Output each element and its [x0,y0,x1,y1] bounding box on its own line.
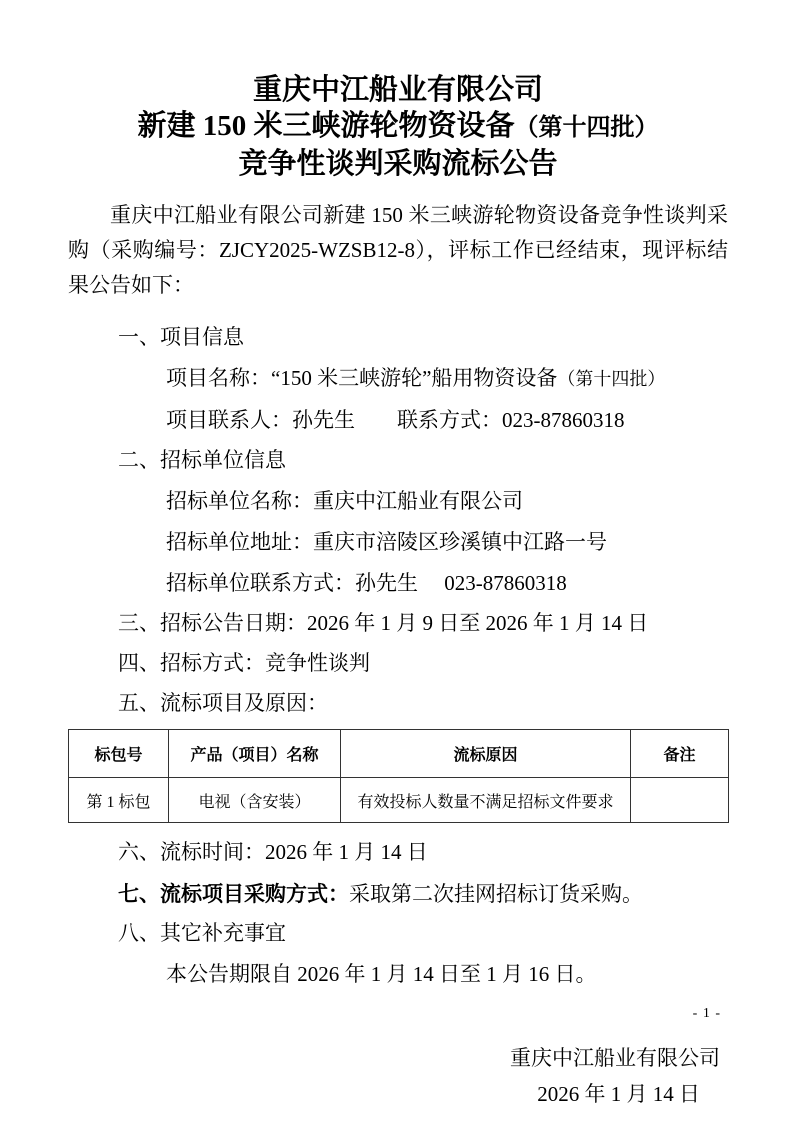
signature-company: 重庆中江船业有限公司 [68,1040,728,1076]
bid-unit-contact-line: 招标单位联系方式：孙先生 023-87860318 [166,570,728,597]
table-header-note: 备注 [631,730,729,778]
signature-date: 2026 年 1 月 14 日 [68,1076,728,1112]
project-name-batch: （第十四批） [557,369,665,389]
document-title-line-3: 竞争性谈判采购流标公告 [68,146,728,182]
page-number: - 1 - [693,1006,721,1022]
announcement-validity-line: 本公告期限自 2026 年 1 月 14 日至 1 月 16 日。 [166,961,728,988]
section-3-announce-date-line: 三、招标公告日期：2026 年 1 月 9 日至 2026 年 1 月 14 日 [118,610,728,637]
section-8-heading: 八、其它补充事宜 [118,920,728,947]
table-header-reason: 流标原因 [341,730,631,778]
document-title-line-2: 新建 150 米三峡游轮物资设备（第十四批） [68,108,728,146]
table-cell-note [631,778,729,823]
section-5-failed-items-line: 五、流标项目及原因： [118,690,728,717]
section-7-label: 七、流标项目采购方式： [118,882,349,906]
table-header-package: 标包号 [69,730,169,778]
section-1-heading: 一、项目信息 [118,324,728,351]
table-cell-package: 第 1 标包 [69,778,169,823]
title-line-2-main: 新建 150 米三峡游轮物资设备 [137,110,514,142]
table-cell-product: 电视（含安装） [169,778,341,823]
bid-unit-address-line: 招标单位地址：重庆市涪陵区珍溪镇中江路一号 [166,529,728,556]
title-line-2-batch: （第十四批） [515,115,659,141]
section-7-text: 采取第二次挂网招标订货采购。 [349,882,643,906]
table-header-row: 标包号 产品（项目）名称 流标原因 备注 [69,730,729,778]
project-contact-line: 项目联系人：孙先生 联系方式：023-87860318 [166,407,728,434]
section-7-procurement-method-line: 七、流标项目采购方式：采取第二次挂网招标订货采购。 [118,881,728,908]
project-name-line: 项目名称：“150 米三峡游轮”船用物资设备（第十四批） [166,365,728,393]
intro-paragraph: 重庆中江船业有限公司新建 150 米三峡游轮物资设备竞争性谈判采购（采购编号：Z… [68,198,728,303]
signature-block: 重庆中江船业有限公司 2026 年 1 月 14 日 [68,1040,728,1112]
section-6-failed-time-line: 六、流标时间：2026 年 1 月 14 日 [118,839,728,866]
table-cell-reason: 有效投标人数量不满足招标文件要求 [341,778,631,823]
bid-unit-name-line: 招标单位名称：重庆中江船业有限公司 [166,488,728,515]
section-2-heading: 二、招标单位信息 [118,447,728,474]
document-title-line-1: 重庆中江船业有限公司 [68,72,728,108]
failed-bid-table: 标包号 产品（项目）名称 流标原因 备注 第 1 标包 电视（含安装） 有效投标… [68,729,729,823]
project-name-main: 项目名称：“150 米三峡游轮”船用物资设备 [166,366,557,390]
table-row: 第 1 标包 电视（含安装） 有效投标人数量不满足招标文件要求 [69,778,729,823]
announcement-document-page: 重庆中江船业有限公司 新建 150 米三峡游轮物资设备（第十四批） 竞争性谈判采… [0,0,793,1122]
section-4-bid-method-line: 四、招标方式：竞争性谈判 [118,650,728,677]
table-header-product: 产品（项目）名称 [169,730,341,778]
